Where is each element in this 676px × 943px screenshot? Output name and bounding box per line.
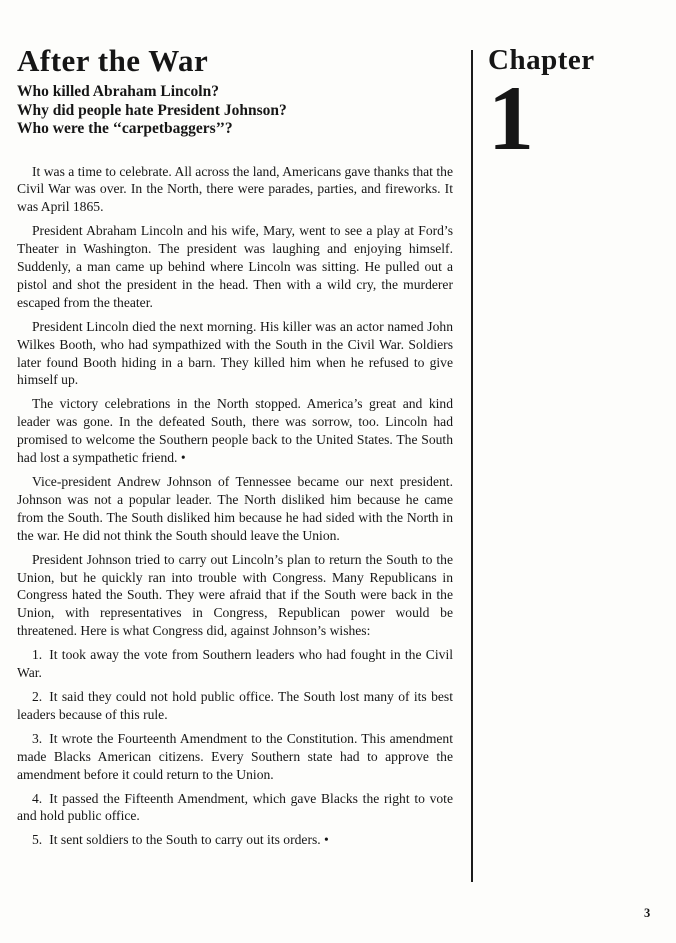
body-text: It was a time to celebrate. All across t… — [17, 163, 453, 850]
list-item-number: 5. — [32, 832, 42, 847]
paragraph: Vice-president Andrew Johnson of Tenness… — [17, 473, 453, 545]
paragraph: President Lincoln died the next morning.… — [17, 318, 453, 390]
list-item-number: 4. — [32, 791, 42, 806]
list-item-number: 2. — [32, 689, 42, 704]
chapter-question: Why did people hate President Johnson? — [17, 102, 453, 121]
list-item-text: It sent soldiers to the South to carry o… — [49, 832, 329, 847]
paragraph: The victory celebrations in the North st… — [17, 395, 453, 467]
page-number: 3 — [644, 906, 650, 921]
chapter-question: Who killed Abraham Lincoln? — [17, 83, 453, 102]
list-item-number: 3. — [32, 731, 42, 746]
list-item: 5.It sent soldiers to the South to carry… — [17, 831, 453, 849]
paragraph: President Johnson tried to carry out Lin… — [17, 551, 453, 641]
list-item: 1.It took away the vote from Southern le… — [17, 646, 453, 682]
list-item-text: It said they could not hold public offic… — [17, 689, 453, 722]
main-column: After the War Who killed Abraham Lincoln… — [17, 44, 453, 855]
chapter-column: Chapter 1 — [488, 44, 658, 154]
list-item-text: It passed the Fifteenth Amendment, which… — [17, 791, 453, 824]
list-item: 4.It passed the Fifteenth Amendment, whi… — [17, 790, 453, 826]
list-item: 2.It said they could not hold public off… — [17, 688, 453, 724]
list-item-text: It took away the vote from Southern lead… — [17, 647, 453, 680]
paragraph: President Abraham Lincoln and his wife, … — [17, 222, 453, 312]
list-item: 3.It wrote the Fourteenth Amendment to t… — [17, 730, 453, 784]
page-title: After the War — [17, 44, 453, 77]
chapter-number: 1 — [488, 82, 658, 154]
list-item-number: 1. — [32, 647, 42, 662]
list-item-text: It wrote the Fourteenth Amendment to the… — [17, 731, 453, 782]
paragraph: It was a time to celebrate. All across t… — [17, 163, 453, 217]
chapter-question: Who were the ‘‘carpetbaggers’’? — [17, 120, 453, 139]
chapter-questions: Who killed Abraham Lincoln? Why did peop… — [17, 83, 453, 139]
column-divider — [471, 50, 473, 882]
book-page: After the War Who killed Abraham Lincoln… — [0, 0, 676, 943]
